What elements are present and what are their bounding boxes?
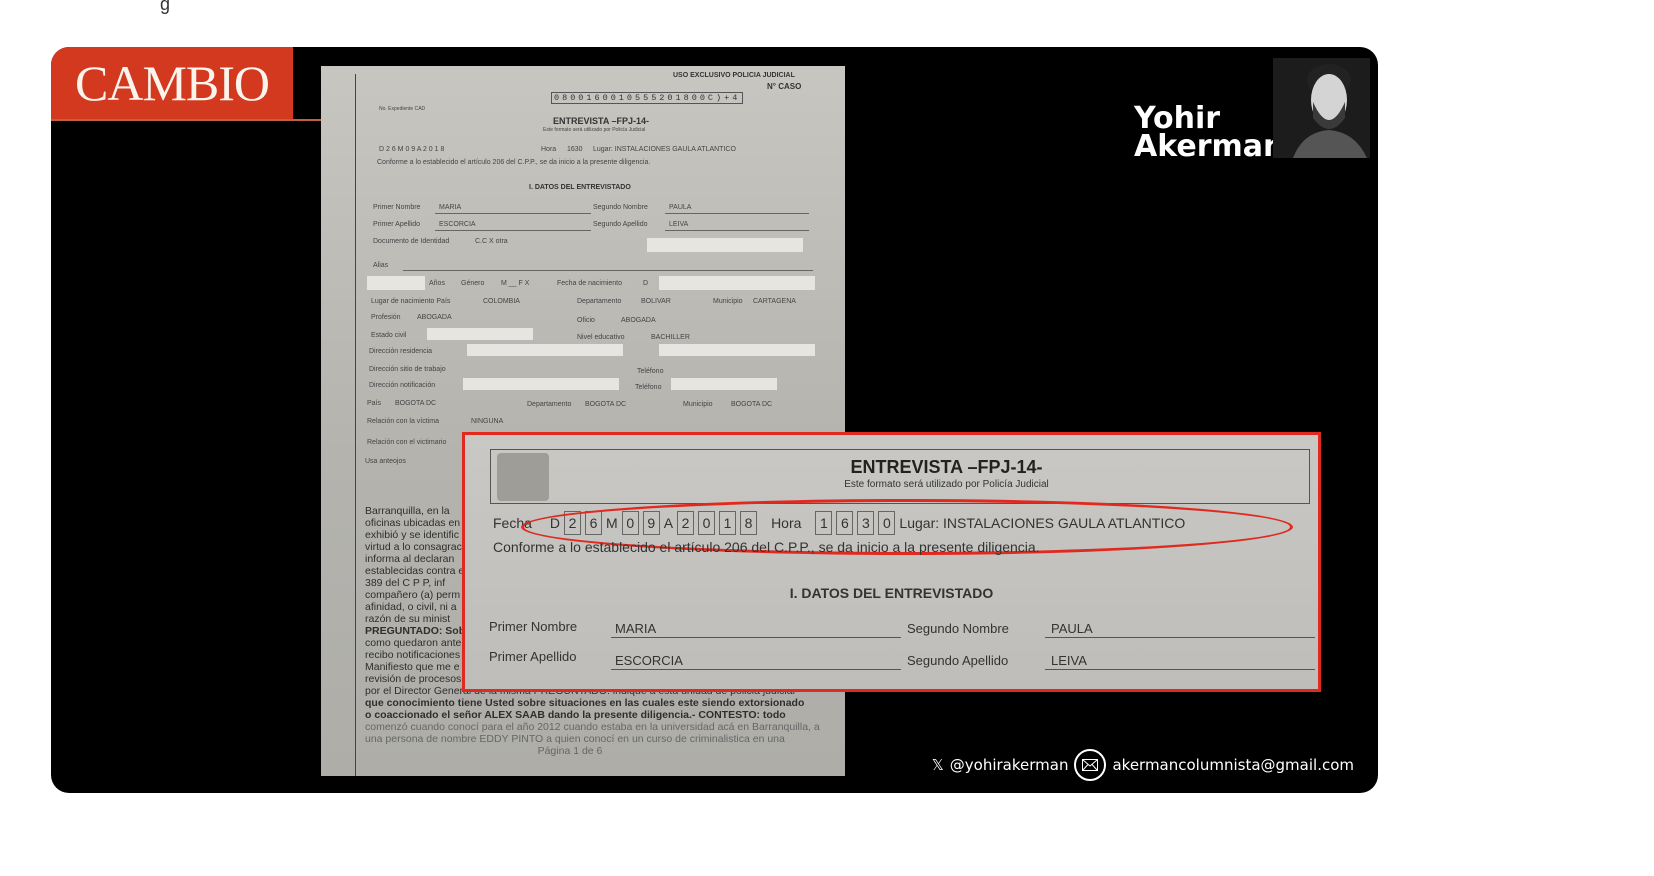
doc-conforme: Conforme a lo establecido el artículo 20… xyxy=(377,159,650,166)
doc-title: ENTREVISTA –FPJ-14- xyxy=(553,116,649,126)
field-value: D xyxy=(643,280,648,287)
field-label: Primer Apellido xyxy=(489,649,576,664)
field-label: Teléfono xyxy=(637,368,663,375)
case-number: 0800160010555201800C)+4 xyxy=(551,92,743,104)
field-value: MARIA xyxy=(615,621,656,636)
image-card: CAMBIO USO EXCLUSIVO POLICIA JUDICIAL N°… xyxy=(51,47,1378,793)
exclusive-use-label: USO EXCLUSIVO POLICIA JUDICIAL xyxy=(673,72,795,79)
field-label: Relación con el victimario xyxy=(367,439,446,446)
author-photo xyxy=(1273,58,1370,158)
field-label: Lugar de nacimiento País xyxy=(371,298,450,305)
field-label: Departamento xyxy=(577,298,621,305)
field-label: Segundo Nombre xyxy=(593,204,648,211)
field-value: LEIVA xyxy=(1051,653,1087,668)
field-value: ESCORCIA xyxy=(615,653,683,668)
field-label: Primer Apellido xyxy=(373,221,420,228)
field-value: CARTAGENA xyxy=(753,298,796,305)
field-value: BOGOTA DC xyxy=(395,400,436,407)
field-label: Segundo Nombre xyxy=(907,621,1009,636)
field-value: BOLIVAR xyxy=(641,298,671,305)
brand-logo: CAMBIO xyxy=(51,47,293,119)
field-label: Alias xyxy=(373,262,388,269)
header-strip xyxy=(490,435,1310,450)
brand-name: CAMBIO xyxy=(75,54,269,112)
field-label: Dirección notificación xyxy=(369,382,435,389)
field-value: C.C X otra xyxy=(475,238,508,245)
brand-underline xyxy=(51,119,321,121)
field-value: NINGUNA xyxy=(471,418,503,425)
field-label: Fecha de nacimiento xyxy=(557,280,622,287)
field-value: ABOGADA xyxy=(621,317,656,324)
doc-subtitle: Este formato será utilizado por Policía … xyxy=(543,127,645,133)
conforme-text: Conforme a lo establecido el artículo 20… xyxy=(493,539,1040,555)
field-value: BOGOTA DC xyxy=(585,401,626,408)
field-label: Primer Nombre xyxy=(489,619,577,634)
field-value: COLOMBIA xyxy=(483,298,520,305)
highlighted-zoom-box: ENTREVISTA –FPJ-14- Este formato será ut… xyxy=(462,432,1321,692)
field-value: PAULA xyxy=(1051,621,1093,636)
field-label: Segundo Apellido xyxy=(907,653,1008,668)
field-label: Dirección sitio de trabajo xyxy=(369,366,446,373)
field-label: Relación con la víctima xyxy=(367,418,439,425)
field-label: Estado civil xyxy=(371,332,406,339)
doc-lugar: Lugar: INSTALACIONES GAULA ATLANTICO xyxy=(593,146,736,153)
field-label: Departamento xyxy=(527,401,571,408)
field-label: Usa anteojos xyxy=(365,458,406,465)
field-label: Documento de Identidad xyxy=(373,238,449,245)
zoom-subtitle: Este formato será utilizado por Policía … xyxy=(465,479,1318,490)
redaction xyxy=(467,344,623,356)
field-label: País xyxy=(367,400,381,407)
field-label: Municipio xyxy=(713,298,743,305)
field-value: ABOGADA xyxy=(417,314,452,321)
field-label: Segundo Apellido xyxy=(593,221,648,228)
field-value: LEIVA xyxy=(669,221,688,228)
field-value: BACHILLER xyxy=(651,334,690,341)
field-value: ESCORCIA xyxy=(439,221,476,228)
redaction xyxy=(367,276,425,290)
field-label: Nivel educativo xyxy=(577,334,624,341)
case-label: N° CASO xyxy=(767,82,801,91)
field-label: Primer Nombre xyxy=(373,204,420,211)
redaction xyxy=(647,238,803,252)
doc-hora: 1630 xyxy=(567,146,583,153)
field-label: Género xyxy=(461,280,484,287)
expediente-label: No. Expediente CAD xyxy=(379,106,425,112)
field-value: PAULA xyxy=(669,204,691,211)
redaction xyxy=(659,344,815,356)
x-logo-icon: 𝕏 xyxy=(932,756,944,774)
field-value: M __ F X xyxy=(501,280,529,287)
doc-section: I. DATOS DEL ENTREVISTADO xyxy=(529,184,631,191)
author-last-name: Akerman xyxy=(1134,133,1284,161)
field-label: Teléfono xyxy=(635,384,661,391)
field-value: BOGOTA DC xyxy=(731,401,772,408)
envelope-icon xyxy=(1074,749,1106,781)
doc-hora-label: Hora xyxy=(541,146,556,153)
field-label: Profesión xyxy=(371,314,401,321)
field-label: Dirección residencia xyxy=(369,348,432,355)
redaction xyxy=(427,328,533,340)
redaction xyxy=(463,378,619,390)
field-label: Municipio xyxy=(683,401,713,408)
field-value: MARIA xyxy=(439,204,461,211)
cutoff-text: g xyxy=(160,0,170,15)
field-label: Oficio xyxy=(577,317,595,324)
section-heading: I. DATOS DEL ENTREVISTADO xyxy=(465,585,1318,601)
zoom-title: ENTREVISTA –FPJ-14- xyxy=(465,457,1318,478)
doc-fecha: D 2 6 M 0 9 A 2 0 1 8 xyxy=(379,146,444,153)
email-address[interactable]: akermancolumnista@gmail.com xyxy=(1112,756,1354,774)
field-label: Años xyxy=(429,280,445,287)
author-name: Yohir Akerman xyxy=(1134,105,1284,161)
x-handle[interactable]: @yohirakerman xyxy=(950,756,1069,774)
contact-footer: 𝕏 @yohirakerman akermancolumnista@gmail.… xyxy=(932,749,1354,781)
redaction xyxy=(671,378,777,390)
redaction xyxy=(659,276,815,290)
